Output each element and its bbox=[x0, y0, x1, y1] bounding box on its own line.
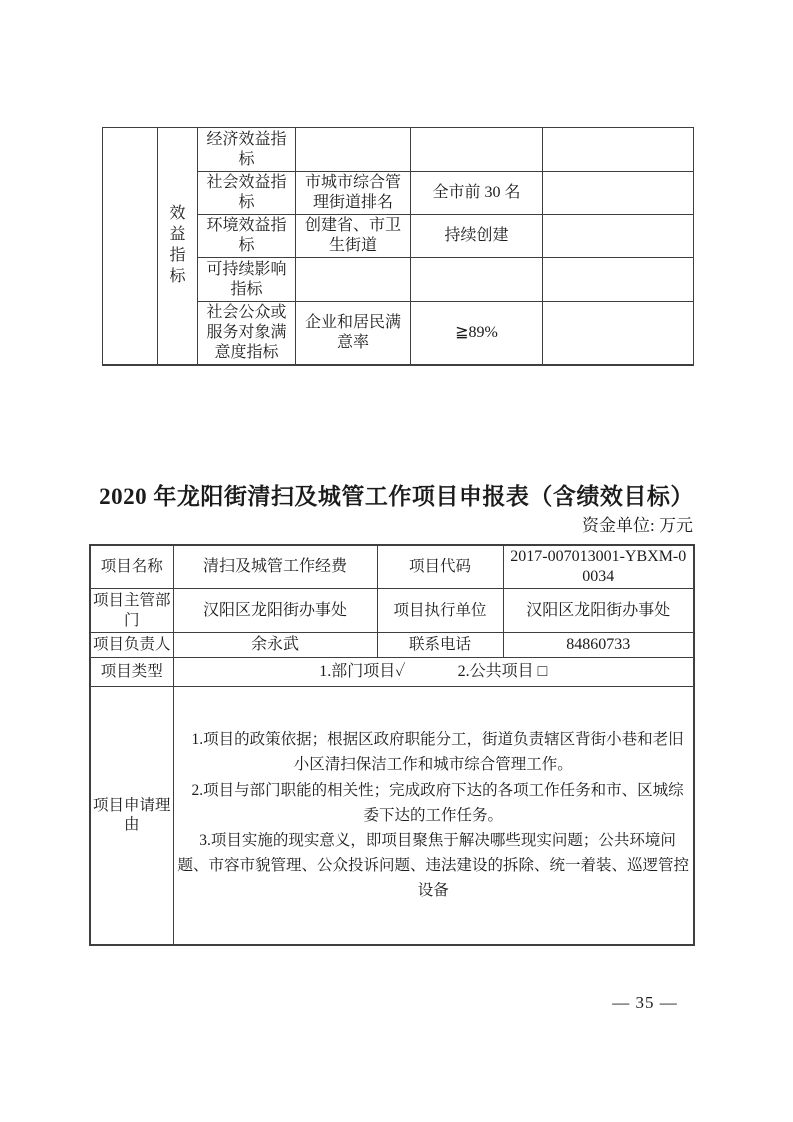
indicator-value-cell bbox=[296, 128, 411, 172]
indicator-target-cell bbox=[411, 128, 543, 172]
indicator-value-cell bbox=[296, 258, 411, 302]
indicator-value-cell: 市城市综合管理街道排名 bbox=[296, 172, 411, 215]
table-row: 项目名称 清扫及城管工作经费 项目代码 2017-007013001-YBXM-… bbox=[90, 545, 694, 589]
form-title: 2020 年龙阳街清扫及城管工作项目申报表（含绩效目标） bbox=[0, 478, 793, 511]
executing-unit-label: 项目执行单位 bbox=[377, 589, 503, 633]
reason-paragraph: 3.项目实施的现实意义，即项目聚焦于解决哪些现实问题；公共环境问题、市容市貌管理… bbox=[177, 828, 691, 903]
project-name-value: 清扫及城管工作经费 bbox=[173, 545, 377, 589]
project-name-label: 项目名称 bbox=[90, 545, 173, 589]
project-type-label: 项目类型 bbox=[90, 658, 173, 687]
indicator-name-cell: 环境效益指标 bbox=[198, 215, 296, 258]
indicator-name-cell: 社会公众或服务对象满意度指标 bbox=[198, 302, 296, 366]
indicator-target-cell bbox=[411, 258, 543, 302]
page-number: — 35 — bbox=[570, 993, 720, 1013]
project-code-value: 2017-007013001-YBXM-00034 bbox=[503, 545, 694, 589]
supervisor-dept-label: 项目主管部门 bbox=[90, 589, 173, 633]
project-leader-label: 项目负责人 bbox=[90, 633, 173, 658]
table-row: 项目主管部门 汉阳区龙阳街办事处 项目执行单位 汉阳区龙阳街办事处 bbox=[90, 589, 694, 633]
contact-phone-value: 84860733 bbox=[503, 633, 694, 658]
benefit-group-cell: 效益指标 bbox=[158, 128, 198, 366]
indicator-value-cell: 创建省、市卫生街道 bbox=[296, 215, 411, 258]
indicator-name-cell: 社会效益指标 bbox=[198, 172, 296, 215]
application-table: 项目名称 清扫及城管工作经费 项目代码 2017-007013001-YBXM-… bbox=[89, 544, 695, 946]
reason-paragraph: 1.项目的政策依据；根据区政府职能分工，街道负责辖区背街小巷和老旧小区清扫保洁工… bbox=[177, 727, 691, 777]
indicator-name-cell: 可持续影响指标 bbox=[198, 258, 296, 302]
indicator-target-cell: 持续创建 bbox=[411, 215, 543, 258]
reason-paragraph: 2.项目与部门职能的相关性；完成政府下达的各项工作任务和市、区城综委下达的工作任… bbox=[177, 778, 691, 828]
application-reason-label: 项目申请理由 bbox=[90, 687, 173, 945]
document-page: 效益指标 经济效益指标 社会效益指标 市城市综合管理街道排名 全市前 30 名 … bbox=[0, 0, 793, 1122]
benefit-group-label: 效益指标 bbox=[169, 204, 187, 287]
indicator-extra-cell bbox=[543, 128, 694, 172]
project-type-option-department: 1.部门项目✓ bbox=[319, 663, 405, 680]
project-type-value: 1.部门项目✓ 2.公共项目 □ bbox=[173, 658, 694, 687]
supervisor-dept-value: 汉阳区龙阳街办事处 bbox=[173, 589, 377, 633]
indicator-target-cell: ≧89% bbox=[411, 302, 543, 366]
indicator-row: 效益指标 经济效益指标 bbox=[103, 128, 694, 172]
project-code-label: 项目代码 bbox=[377, 545, 503, 589]
indicator-value-cell: 企业和居民满意率 bbox=[296, 302, 411, 366]
indicator-extra-cell bbox=[543, 215, 694, 258]
indicator-name-cell: 经济效益指标 bbox=[198, 128, 296, 172]
indicator-extra-cell bbox=[543, 302, 694, 366]
application-reason-value: 1.项目的政策依据；根据区政府职能分工，街道负责辖区背街小巷和老旧小区清扫保洁工… bbox=[173, 687, 694, 945]
executing-unit-value: 汉阳区龙阳街办事处 bbox=[503, 589, 694, 633]
indicator-extra-cell bbox=[543, 172, 694, 215]
contact-phone-label: 联系电话 bbox=[377, 633, 503, 658]
indicator-extra-cell bbox=[543, 258, 694, 302]
table-row: 项目申请理由 1.项目的政策依据；根据区政府职能分工，街道负责辖区背街小巷和老旧… bbox=[90, 687, 694, 945]
table-row: 项目类型 1.部门项目✓ 2.公共项目 □ bbox=[90, 658, 694, 687]
indicator-target-cell: 全市前 30 名 bbox=[411, 172, 543, 215]
project-leader-value: 余永武 bbox=[173, 633, 377, 658]
benefit-indicators-table: 效益指标 经济效益指标 社会效益指标 市城市综合管理街道排名 全市前 30 名 … bbox=[102, 127, 694, 366]
project-type-option-public: 2.公共项目 □ bbox=[458, 663, 548, 680]
fund-unit-note: 资金单位: 万元 bbox=[582, 511, 693, 536]
table-row: 项目负责人 余永武 联系电话 84860733 bbox=[90, 633, 694, 658]
side-empty-cell bbox=[103, 128, 158, 366]
